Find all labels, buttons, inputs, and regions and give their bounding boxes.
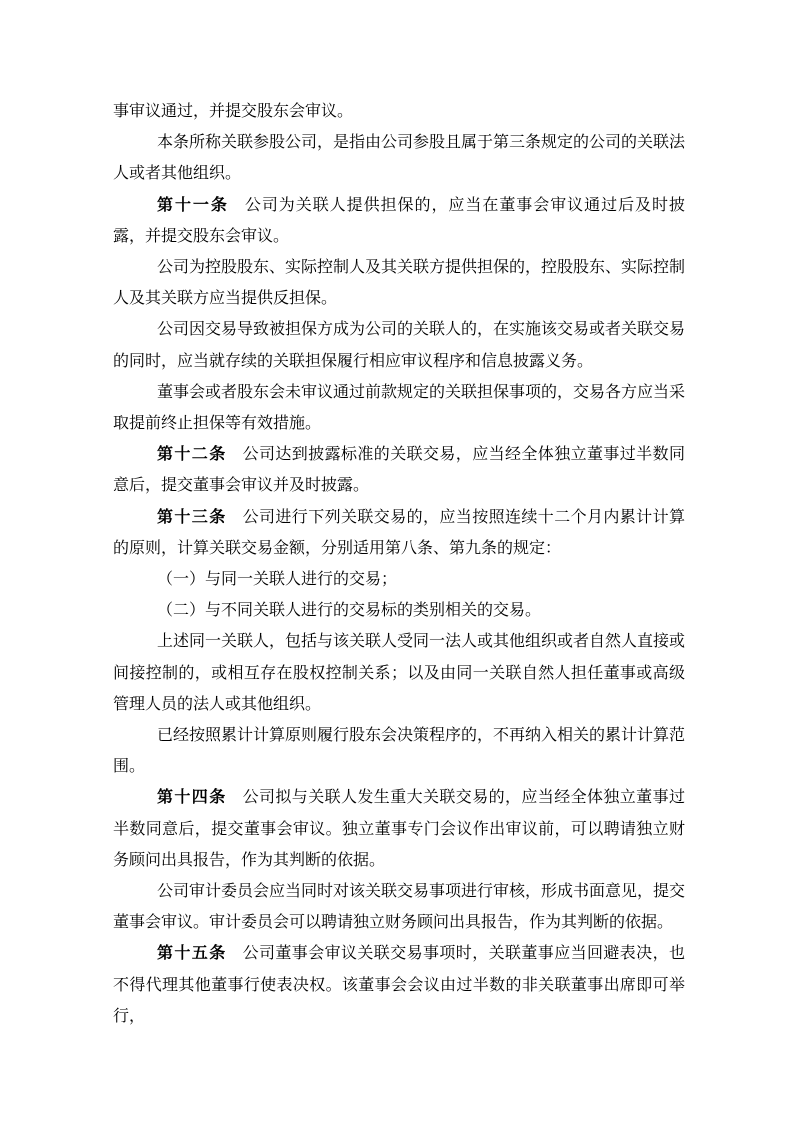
paragraph-text: 上述同一关联人，包括与该关联人受同一法人或其他组织或者自然人直接或间接控制的，或…: [113, 633, 685, 712]
paragraph: 公司为控股股东、实际控制人及其关联方提供担保的，控股股东、实际控制人及其关联方应…: [113, 252, 685, 314]
paragraph-text: （二）与不同关联人进行的交易标的类别相关的交易。: [157, 602, 541, 619]
article-number: 第十二条: [157, 446, 227, 463]
paragraph-text: 董事会或者股东会未审议通过前款规定的关联担保事项的，交易各方应当采取提前终止担保…: [113, 384, 685, 432]
paragraph-article-11: 第十一条公司为关联人提供担保的，应当在董事会审议通过后及时披露，并提交股东会审议…: [113, 190, 685, 252]
paragraph-text: 事审议通过，并提交股东会审议。: [113, 103, 353, 120]
paragraph-article-13: 第十三条公司进行下列关联交易的，应当按照连续十二个月内累计计算的原则，计算关联交…: [113, 502, 685, 564]
paragraph: 已经按照累计计算原则履行股东会决策程序的，不再纳入相关的累计计算范围。: [113, 720, 685, 782]
article-number: 第十一条: [157, 197, 229, 214]
article-number: 第十五条: [157, 945, 227, 962]
paragraph-list-item-1: （一）与同一关联人进行的交易；: [113, 564, 685, 595]
paragraph: 本条所称关联参股公司，是指由公司参股且属于第三条规定的公司的关联法人或者其他组织…: [113, 127, 685, 189]
paragraph-article-15: 第十五条公司董事会审议关联交易事项时，关联董事应当回避表决，也不得代理其他董事行…: [113, 938, 685, 1032]
article-number: 第十三条: [157, 509, 227, 526]
paragraph-text: 公司审计委员会应当同时对该关联交易事项进行审核，形成书面意见，提交董事会审议。审…: [113, 883, 685, 931]
paragraph: 上述同一关联人，包括与该关联人受同一法人或其他组织或者自然人直接或间接控制的，或…: [113, 626, 685, 720]
paragraph-text: 公司为控股股东、实际控制人及其关联方提供担保的，控股股东、实际控制人及其关联方应…: [113, 259, 685, 307]
paragraph-article-14: 第十四条公司拟与关联人发生重大关联交易的，应当经全体独立董事过半数同意后，提交董…: [113, 782, 685, 876]
paragraph-continuation: 事审议通过，并提交股东会审议。: [113, 96, 685, 127]
paragraph-text: （一）与同一关联人进行的交易；: [157, 571, 397, 588]
paragraph: 公司审计委员会应当同时对该关联交易事项进行审核，形成书面意见，提交董事会审议。审…: [113, 876, 685, 938]
paragraph-text: 本条所称关联参股公司，是指由公司参股且属于第三条规定的公司的关联法人或者其他组织…: [113, 134, 685, 182]
paragraph-list-item-2: （二）与不同关联人进行的交易标的类别相关的交易。: [113, 595, 685, 626]
paragraph-text: 公司因交易导致被担保方成为公司的关联人的，在实施该交易或者关联交易的同时，应当就…: [113, 321, 685, 369]
document-page: 事审议通过，并提交股东会审议。 本条所称关联参股公司，是指由公司参股且属于第三条…: [0, 0, 793, 1122]
paragraph-text: 已经按照累计计算原则履行股东会决策程序的，不再纳入相关的累计计算范围。: [113, 727, 685, 775]
paragraph: 公司因交易导致被担保方成为公司的关联人的，在实施该交易或者关联交易的同时，应当就…: [113, 314, 685, 376]
paragraph: 董事会或者股东会未审议通过前款规定的关联担保事项的，交易各方应当采取提前终止担保…: [113, 377, 685, 439]
paragraph-article-12: 第十二条公司达到披露标准的关联交易，应当经全体独立董事过半数同意后，提交董事会审…: [113, 439, 685, 501]
article-number: 第十四条: [157, 789, 227, 806]
